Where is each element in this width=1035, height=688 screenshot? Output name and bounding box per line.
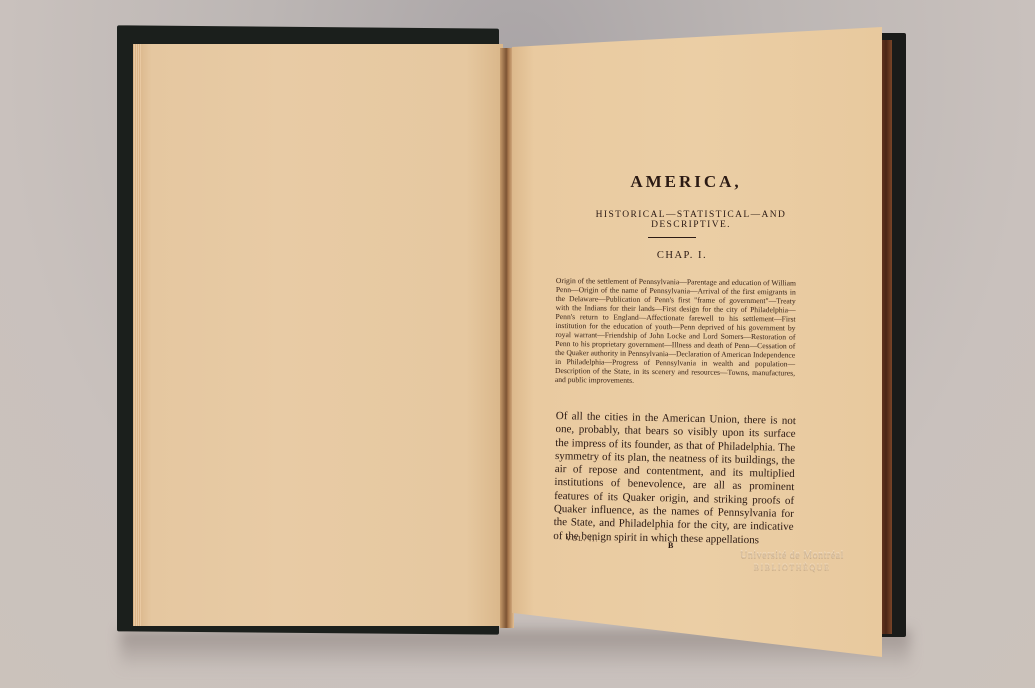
chapter-heading: CHAP. I. — [512, 250, 852, 261]
book-gutter — [500, 48, 514, 628]
book-title: AMERICA, — [512, 172, 860, 192]
book-photo: AMERICA, HISTORICAL—STATISTICAL—AND DESC… — [0, 0, 1035, 688]
library-stamp: Université de Montréal BIBLIOTHÈQUE — [722, 550, 862, 574]
signature-mark: B — [668, 541, 673, 550]
volume-signature: VOL. II. — [566, 535, 598, 544]
stamp-line-1: Université de Montréal — [722, 550, 862, 562]
book-subtitle: HISTORICAL—STATISTICAL—AND DESCRIPTIVE. — [556, 210, 826, 230]
stamp-line-2: BIBLIOTHÈQUE — [722, 562, 862, 574]
left-page-blank — [133, 44, 503, 626]
title-rule-divider — [648, 237, 696, 238]
chapter-summary: Origin of the settlement of Pennsylvania… — [555, 276, 796, 387]
left-page-edges — [133, 44, 141, 626]
chapter-body-text: Of all the cities in the American Union,… — [553, 410, 796, 548]
